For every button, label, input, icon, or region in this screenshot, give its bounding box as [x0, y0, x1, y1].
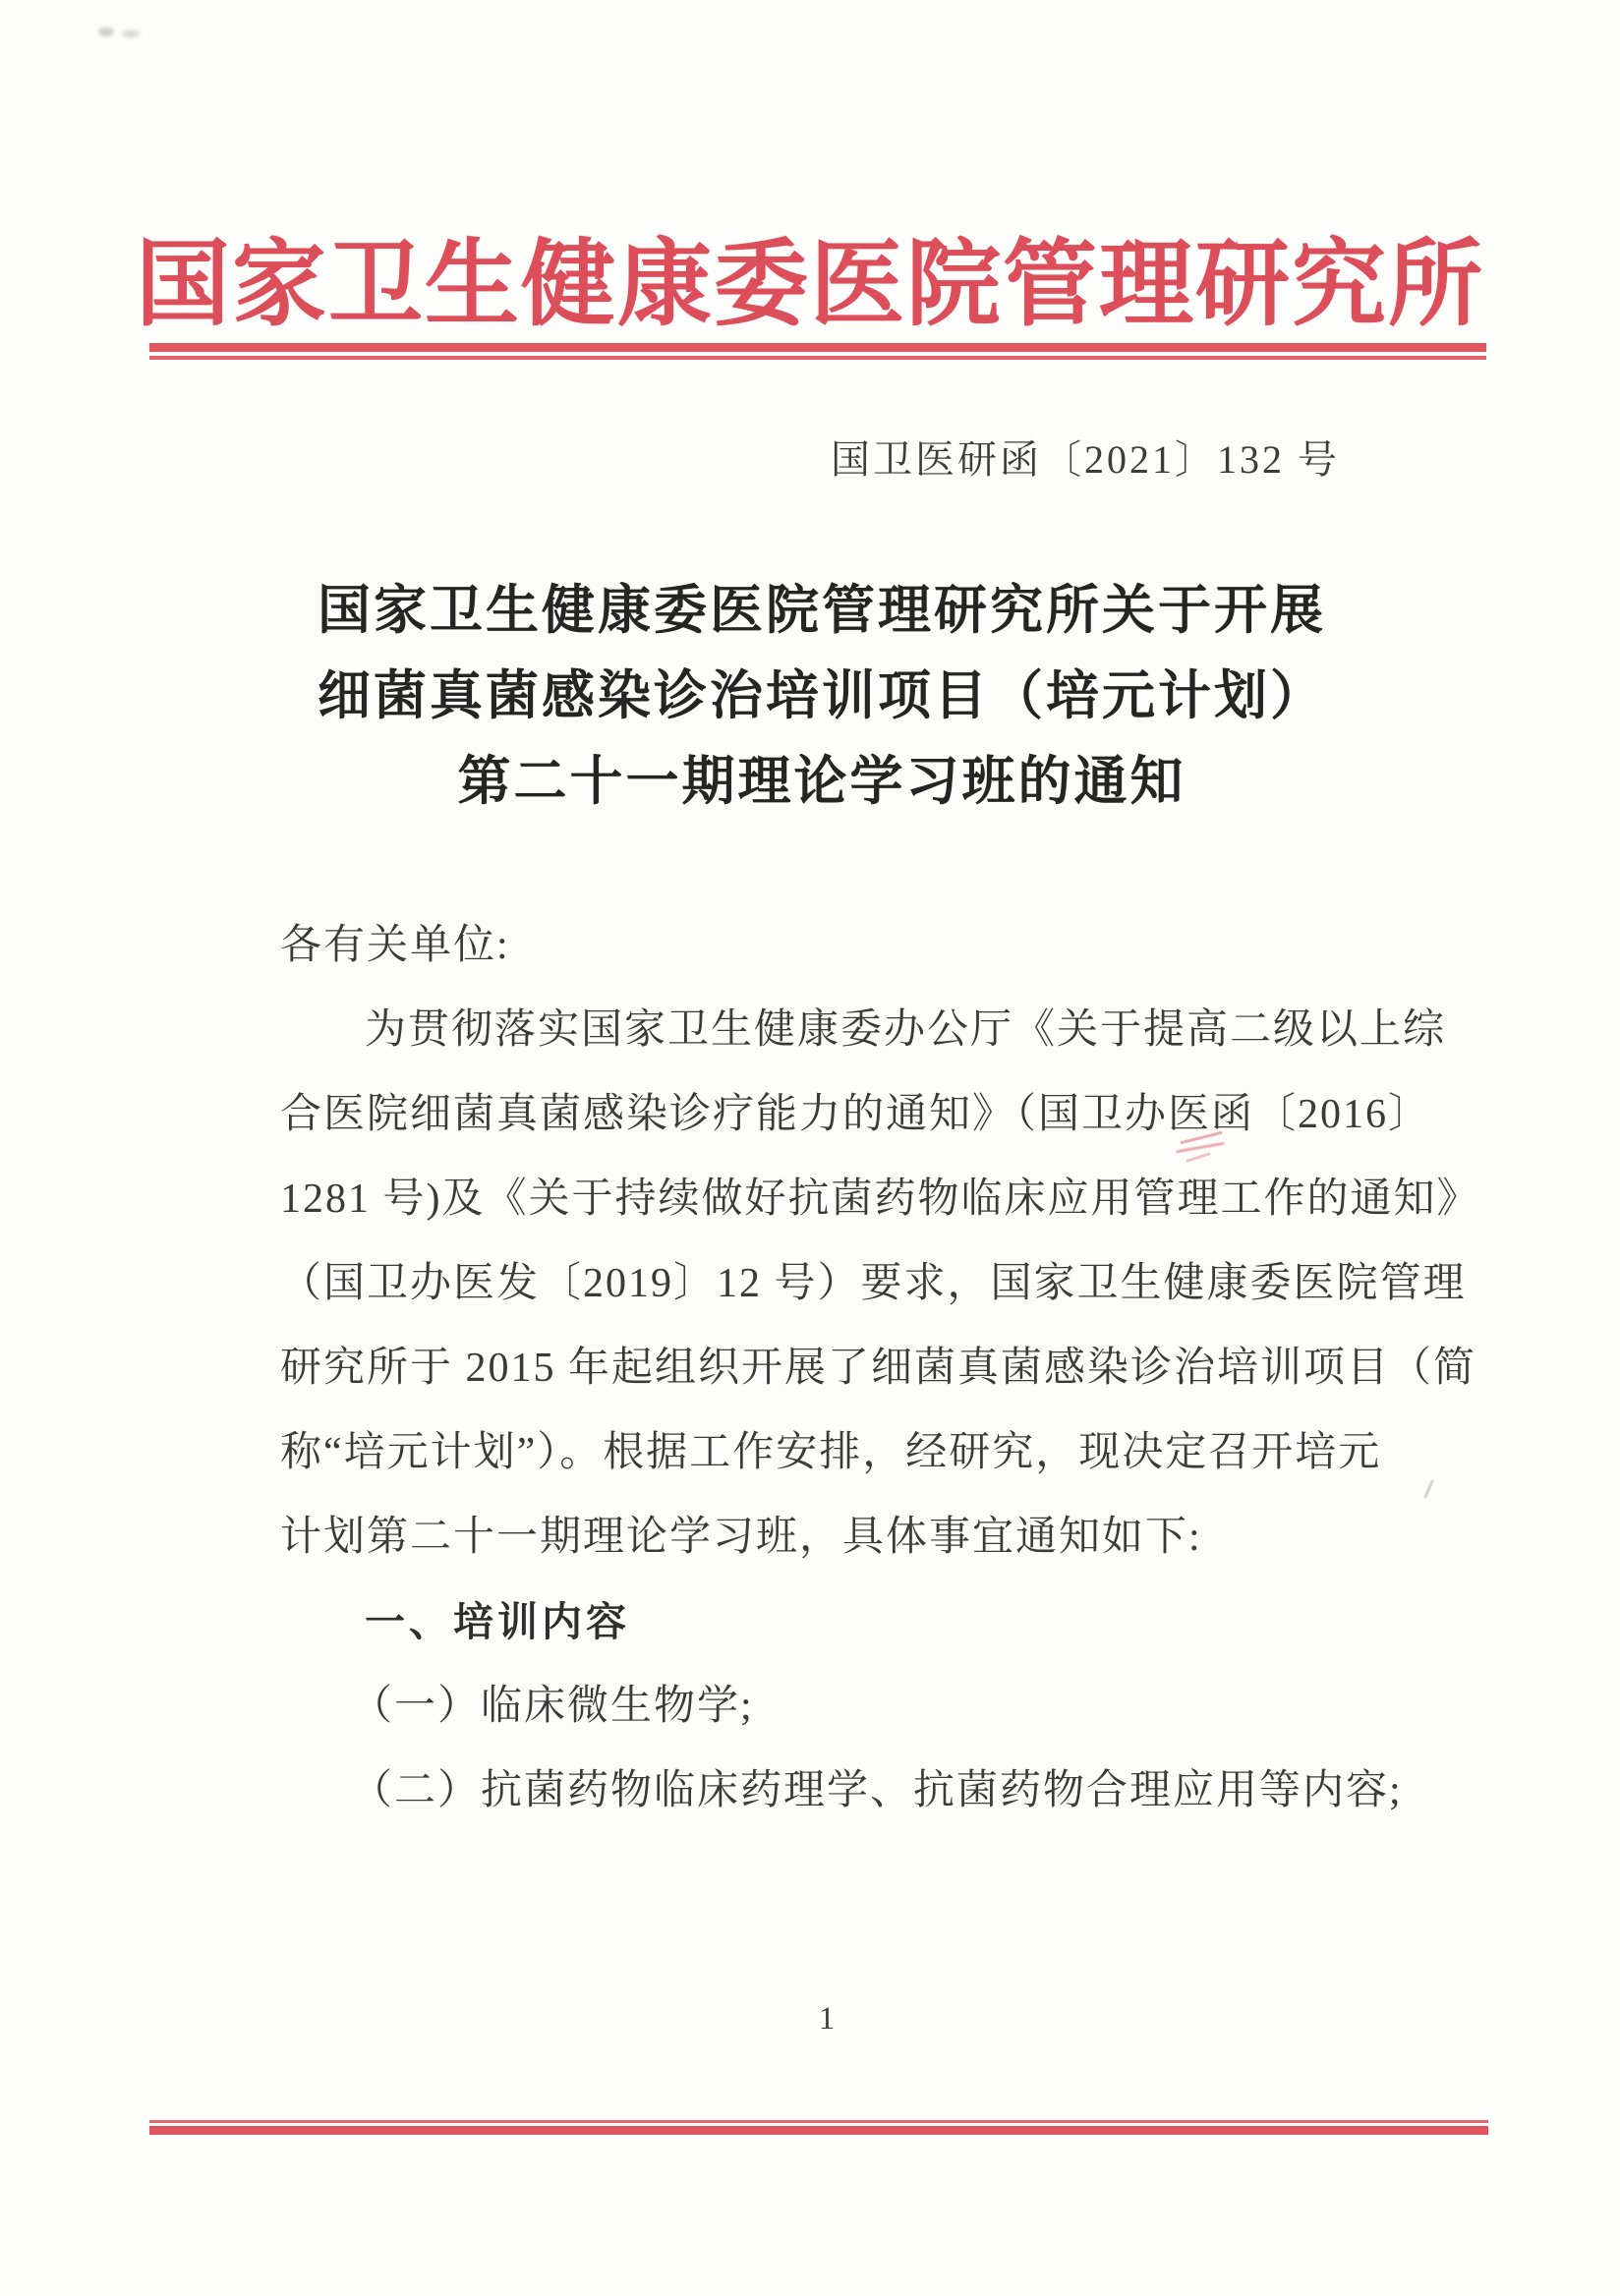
section-heading: 一、培训内容: [280, 1579, 1445, 1664]
scanned-document-page: 国家卫生健康委医院管理研究所 国卫医研函〔2021〕132 号 国家卫生健康委医…: [0, 0, 1620, 2296]
list-item: （一）临床微生物学;: [280, 1664, 1445, 1749]
document-title-line-1: 国家卫生健康委医院管理研究所关于开展: [12, 568, 1620, 654]
body-line: 计划第二十一期理论学习班，具体事宜通知如下:: [280, 1495, 1445, 1579]
footer-rule-thin: [149, 2120, 1488, 2123]
footer-rule-thick: [149, 2126, 1488, 2135]
scan-artifact-topleft-dot: [122, 30, 140, 37]
document-title-line-3: 第二十一期理论学习班的通知: [12, 739, 1620, 825]
document-title-line-2: 细菌真菌感染诊治培训项目（培元计划）: [12, 654, 1620, 739]
body-line: （国卫办医发〔2019〕12 号）要求，国家卫生健康委医院管理: [280, 1241, 1445, 1326]
document-number: 国卫医研函〔2021〕132 号: [831, 438, 1340, 482]
page-number: 1: [17, 2001, 1620, 2038]
letterhead-rule-thick: [149, 343, 1486, 352]
document-body: 各有关单位: 为贯彻落实国家卫生健康委办公厅《关于提高二级以上综 合医院细菌真菌…: [280, 903, 1445, 1833]
scan-artifact-topleft-dot: [98, 28, 114, 36]
salutation: 各有关单位:: [280, 903, 1445, 988]
body-line: 研究所于 2015 年起组织开展了细菌真菌感染诊治培训项目（简: [280, 1326, 1445, 1410]
letterhead-rule-thin: [149, 356, 1486, 360]
body-line: 1281 号)及《关于持续做好抗菌药物临床应用管理工作的通知》: [280, 1157, 1445, 1241]
letterhead-org-name: 国家卫生健康委医院管理研究所: [0, 231, 1620, 339]
document-title: 国家卫生健康委医院管理研究所关于开展 细菌真菌感染诊治培训项目（培元计划） 第二…: [12, 568, 1620, 825]
letterhead-double-rule: [149, 343, 1486, 360]
body-line: 为贯彻落实国家卫生健康委办公厅《关于提高二级以上综: [280, 988, 1445, 1072]
footer-double-rule: [149, 2120, 1488, 2135]
body-line: 称“培元计划”）。根据工作安排，经研究，现决定召开培元: [280, 1410, 1445, 1495]
body-line: 合医院细菌真菌感染诊疗能力的通知》（国卫办医函〔2016〕: [280, 1072, 1445, 1157]
list-item: （二）抗菌药物临床药理学、抗菌药物合理应用等内容;: [280, 1749, 1445, 1833]
